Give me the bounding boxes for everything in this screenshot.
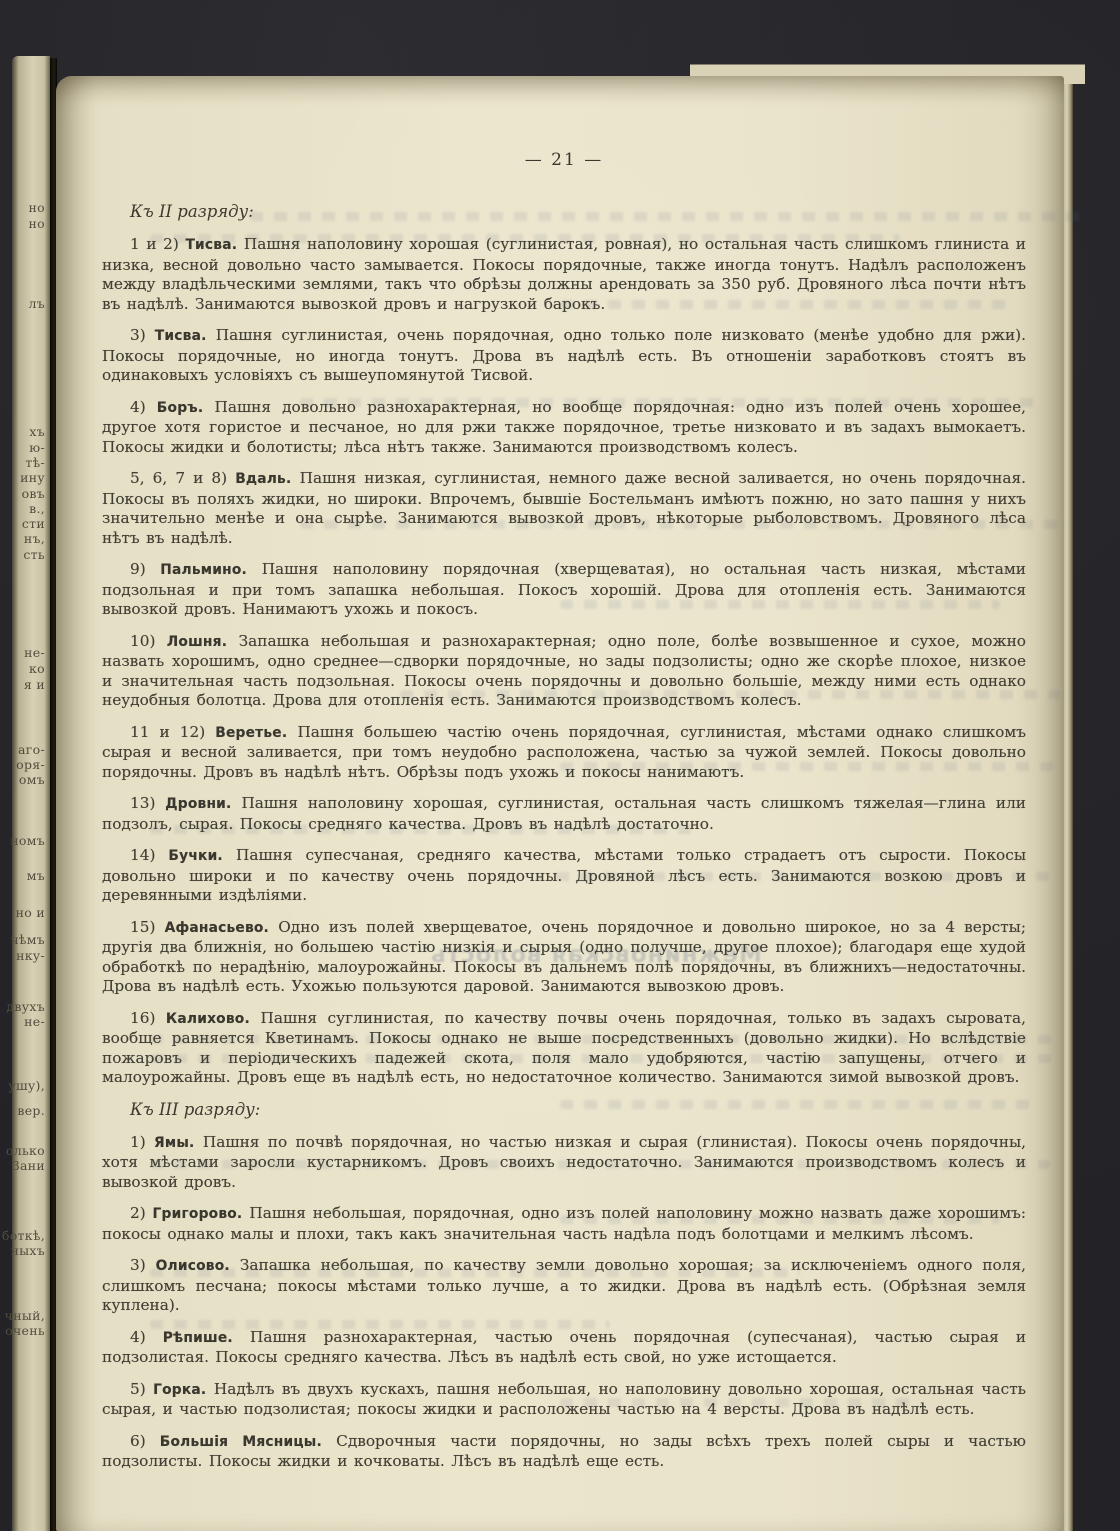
book-page: Межниновская волость — 21 — Къ II разряд… [56,76,1064,1531]
entry-number: 16) [130,1009,166,1027]
edge-fragment: но и [16,905,45,920]
entry-name: Горка. [153,1382,214,1398]
entry-name: Дровни. [165,796,241,812]
entry-paragraph: 2) Григорово. Пашня небольшая, порядочна… [102,1204,1026,1244]
entry-paragraph: 13) Дровни. Пашня наполовину хорошая, су… [102,794,1026,834]
edge-fragment: олько [6,1143,45,1158]
entry-text: Пашня довольно разнохарактерная, но вооб… [102,398,1026,456]
edge-fragment: чный, [5,1308,45,1323]
entry-paragraph: 11 и 12) Веретье. Пашня большею частію о… [102,723,1026,783]
entry-name: Олисово. [156,1258,240,1274]
entry-name: Тисва. [155,328,216,344]
edge-fragment: ныхъ [11,1243,45,1258]
entry-number: 4) [130,398,157,416]
entry-paragraph: 3) Тисва. Пашня суглинистая, очень поряд… [102,326,1026,386]
section-heading: Къ III разряду: [130,1100,1026,1119]
entry-text: Пашня наполовину хорошая, суглинистая, о… [102,794,1026,833]
edge-fragment: боткѣ, [2,1228,45,1243]
entry-number: 1 и 2) [130,235,185,253]
entry-paragraph: 16) Калихово. Пашня суглинистая, по каче… [102,1009,1026,1088]
entry-paragraph: 3) Олисово. Запашка небольшая, по качест… [102,1256,1026,1316]
entry-paragraph: 1 и 2) Тисва. Пашня наполовину хорошая (… [102,235,1026,314]
entry-paragraph: 6) Большія Мясницы. Сдворочныя части пор… [102,1432,1026,1472]
edge-fragment: в., [29,501,45,516]
entry-paragraph: 15) Афанасьево. Одно изъ полей хверщеват… [102,918,1026,997]
entry-paragraph: 10) Лошня. Запашка небольшая и разнохара… [102,632,1026,711]
edge-fragment: нъ, [24,531,45,546]
entry-name: Григорово. [153,1206,250,1222]
edge-fragment: я и [24,677,45,692]
edge-fragment: вер. [17,1103,45,1118]
entry-name: Большія Мясницы. [160,1434,336,1450]
entry-paragraph: 5, 6, 7 и 8) Вдаль. Пашня низкая, суглин… [102,469,1026,548]
edge-fragment: ину [20,470,45,485]
edge-fragment: нку- [16,948,45,963]
edge-fragment: очень [5,1323,45,1338]
entry-number: 3) [130,326,155,344]
entry-name: Бучки. [168,848,236,864]
entry-name: Веретье. [215,725,297,741]
entry-number: 9) [130,560,160,578]
edge-fragment: но [29,216,45,231]
edge-fragment: чѣмъ [10,932,45,947]
entry-name: Лошня. [167,634,239,650]
edge-fragment: хъ [29,424,45,439]
edge-fragment: сти [22,516,45,531]
entry-paragraph: 5) Горка. Надѣлъ въ двухъ кускахъ, пашня… [102,1380,1026,1420]
entry-name: Ямы. [154,1135,203,1151]
edge-fragment: двухъ [6,999,45,1014]
edge-fragment: номъ [10,833,45,848]
entry-text: Запашка небольшая и разнохарактерная; од… [102,632,1026,710]
entry-name: Рѣпише. [163,1330,250,1346]
entry-paragraph: 14) Бучки. Пашня супесчаная, средняго ка… [102,846,1026,906]
edge-fragment: мъ [27,868,45,883]
entry-paragraph: 1) Ямы. Пашня по почвѣ порядочная, но ча… [102,1133,1026,1193]
text-body: Къ II разряду:1 и 2) Тисва. Пашня наполо… [102,202,1026,1472]
entry-paragraph: 4) Боръ. Пашня довольно разнохарактерная… [102,398,1026,458]
entry-number: 4) [130,1328,163,1346]
edge-fragment: тѣ- [25,455,45,470]
entry-number: 15) [130,918,165,936]
entry-number: 3) [130,1256,156,1274]
entry-text: Надѣлъ въ двухъ кускахъ, пашня небольшая… [102,1380,1026,1419]
section-heading: Къ II разряду: [130,202,1026,221]
entry-text: Запашка небольшая, по качеству земли дов… [102,1256,1026,1314]
page-number: — 21 — [102,150,1026,170]
entry-name: Калихово. [166,1011,261,1027]
entry-text: Пашня по почвѣ порядочная, но частью низ… [102,1133,1026,1191]
entry-number: 1) [130,1133,154,1151]
entry-name: Тисва. [185,237,243,253]
entry-paragraph: 9) Пальмино. Пашня наполовину порядочная… [102,560,1026,620]
entry-name: Пальмино. [160,562,261,578]
edge-fragment: оря- [16,757,45,772]
edge-fragment: сть [23,547,45,562]
entry-name: Афанасьево. [165,920,279,936]
facing-page-edge: нонолъхъю-тѣ-инуовъв.,стинъ,стьне-коя иа… [12,56,50,1531]
edge-fragment: аго- [18,742,45,757]
entry-number: 11 и 12) [130,723,215,741]
book-photo: нонолъхъю-тѣ-инуовъв.,стинъ,стьне-коя иа… [0,0,1120,1531]
entry-paragraph: 4) Рѣпише. Пашня разнохарактерная, часть… [102,1328,1026,1368]
entry-number: 14) [130,846,168,864]
edge-fragment: не- [24,645,45,660]
entry-number: 6) [130,1432,160,1450]
edge-fragment: ю- [29,440,45,455]
edge-fragment: не- [24,1014,45,1029]
edge-fragment: овъ [22,486,45,501]
edge-fragment: лъ [29,296,46,311]
edge-fragment: омъ [19,772,45,787]
edge-fragment: ко [29,661,45,676]
entry-number: 13) [130,794,165,812]
entry-number: 10) [130,632,167,650]
page-content: — 21 — Къ II разряду:1 и 2) Тисва. Пашня… [102,150,1026,1484]
entry-name: Боръ. [157,400,215,416]
entry-number: 5) [130,1380,153,1398]
entry-number: 5, 6, 7 и 8) [130,469,235,487]
entry-name: Вдаль. [235,471,299,487]
entry-text: Пашня супесчаная, средняго качества, мѣс… [102,846,1026,904]
edge-fragment: но [29,200,45,215]
entry-text: Пашня суглинистая, очень порядочная, одн… [102,326,1026,384]
page-stack-edge [1063,84,1073,1531]
entry-number: 2) [130,1204,153,1222]
edge-fragment: Зани [12,1158,45,1173]
edge-fragment: ушу), [8,1078,45,1093]
